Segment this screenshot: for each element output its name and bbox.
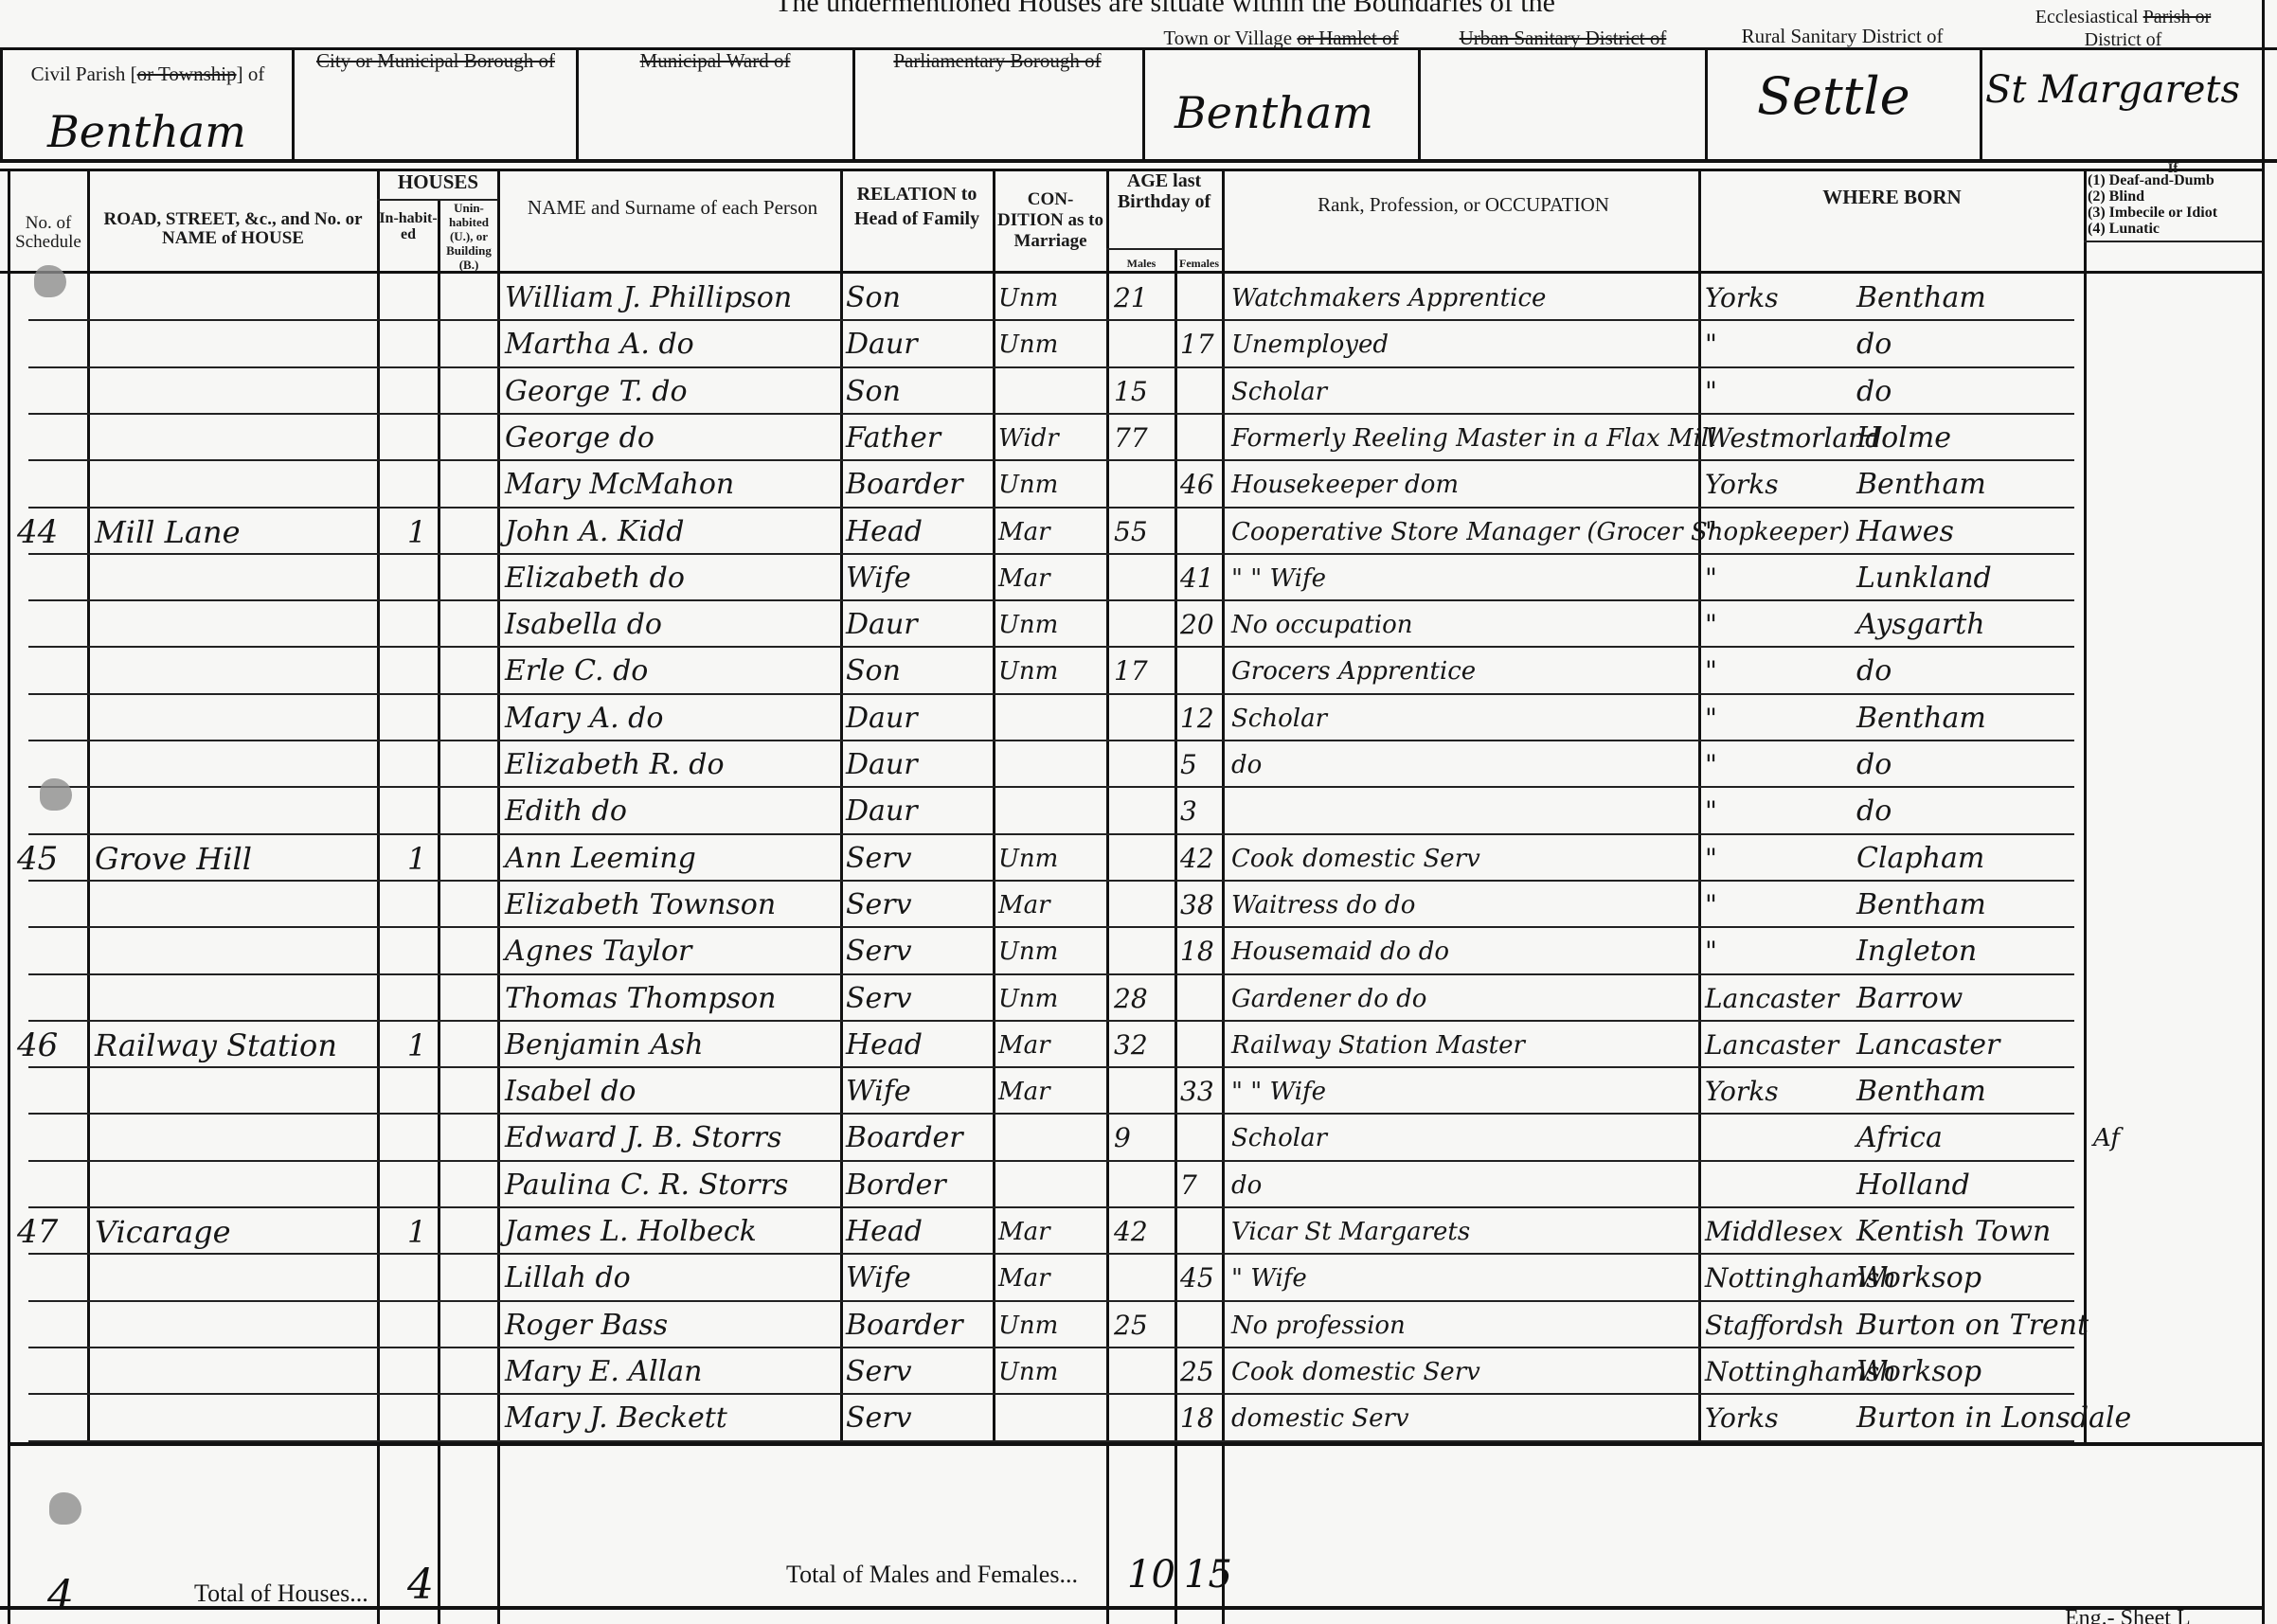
born-county: " <box>1705 518 1717 546</box>
relation-to-head: Wife <box>846 564 911 593</box>
col-line <box>497 169 500 1624</box>
occupation: Grocers Apprentice <box>1231 657 1476 686</box>
col-occupation: Rank, Profession, or OCCUPATION <box>1231 195 1695 214</box>
occupation: domestic Serv <box>1231 1404 1409 1433</box>
row-rule <box>28 1393 2074 1395</box>
relation-to-head: Serv <box>846 845 912 873</box>
row-rule <box>28 319 2074 321</box>
houses-inhabited: 1 <box>407 1218 426 1246</box>
infirmity-note: Af <box>2093 1124 2120 1152</box>
row-rule <box>28 1066 2074 1068</box>
person-name: Edward J. B. Storrs <box>505 1124 781 1152</box>
female-age: 18 <box>1180 937 1214 966</box>
infirmity-subrule <box>2084 241 2262 242</box>
born-place: Bentham <box>1856 891 1986 919</box>
marital-condition: Unm <box>998 330 1058 359</box>
totals-top-rule <box>8 1442 2262 1446</box>
row-rule <box>28 366 2074 368</box>
total-houses-label: Total of Houses... <box>194 1579 368 1608</box>
divider <box>1418 47 1421 161</box>
house-address: Grove Hill <box>95 845 252 873</box>
born-county: Yorks <box>1705 471 1779 499</box>
born-place: Bentham <box>1856 1078 1986 1106</box>
person-name: Agnes Taylor <box>505 937 691 966</box>
born-county: " <box>1705 611 1717 639</box>
col-females: Females <box>1176 254 1222 273</box>
relation-to-head: Son <box>846 284 901 312</box>
col-inhabited: In-habit-ed <box>379 210 438 242</box>
born-place: do <box>1856 797 1892 826</box>
divider <box>2262 0 2265 1624</box>
born-county: Middlesex <box>1705 1218 1843 1246</box>
person-name: George T. do <box>505 378 688 406</box>
person-name: Mary A. do <box>505 705 663 733</box>
person-name: Roger Bass <box>505 1312 668 1340</box>
row-rule <box>28 786 2074 788</box>
col-schedule: No. of Schedule <box>9 214 87 252</box>
male-age: 77 <box>1114 424 1148 453</box>
person-name: Thomas Thompson <box>505 985 776 1013</box>
schedule-number: 45 <box>17 845 58 873</box>
occupation: No occupation <box>1231 611 1413 639</box>
person-name: Mary McMahon <box>505 471 734 499</box>
born-place: Holme <box>1856 424 1951 453</box>
male-age: 17 <box>1114 657 1148 686</box>
born-place: do <box>1856 330 1892 359</box>
person-name: Paulina C. R. Storrs <box>505 1171 788 1200</box>
occupation: Housemaid do do <box>1231 937 1449 966</box>
born-place: do <box>1856 751 1892 779</box>
marital-condition: Mar <box>998 891 1050 919</box>
relation-to-head: Wife <box>846 1078 911 1106</box>
divider <box>1142 47 1145 161</box>
marital-condition: Widr <box>998 424 1059 453</box>
col-line <box>1698 169 1701 1442</box>
female-age: 12 <box>1180 705 1214 733</box>
age-subrule <box>1106 248 1222 250</box>
occupation: Unemployed <box>1231 330 1389 359</box>
marital-condition: Unm <box>998 937 1058 966</box>
born-place: Clapham <box>1856 845 1984 873</box>
civil-parish-label: Civil Parish [or Township] of <box>6 62 290 86</box>
person-name: George do <box>505 424 654 453</box>
born-county: " <box>1705 705 1717 733</box>
person-name: Elizabeth do <box>505 564 685 593</box>
relation-to-head: Son <box>846 378 901 406</box>
occupation: " " Wife <box>1231 1078 1326 1106</box>
person-name: Erle C. do <box>505 657 648 686</box>
born-place: Barrow <box>1856 985 1963 1013</box>
person-name: Ann Leeming <box>505 845 696 873</box>
row-rule <box>28 880 2074 882</box>
female-age: 25 <box>1180 1358 1214 1386</box>
relation-to-head: Daur <box>846 611 918 639</box>
female-age: 41 <box>1180 564 1214 593</box>
marital-condition: Unm <box>998 1358 1058 1386</box>
female-age: 45 <box>1180 1264 1214 1293</box>
parliamentary-borough-label: Parliamentary Borough of <box>860 49 1135 73</box>
marital-condition: Mar <box>998 1218 1050 1246</box>
relation-to-head: Daur <box>846 797 918 826</box>
born-place: Bentham <box>1856 705 1986 733</box>
col-males: Males <box>1108 254 1174 273</box>
civil-parish-value: Bentham <box>47 106 246 157</box>
infirmity-deaf-dumb: (1) Deaf-and-Dumb <box>2088 172 2262 188</box>
born-county: Yorks <box>1705 1078 1779 1106</box>
person-name: Elizabeth R. do <box>505 751 725 779</box>
relation-to-head: Serv <box>846 937 912 966</box>
born-place: Africa <box>1856 1124 1943 1152</box>
male-age: 28 <box>1114 985 1148 1013</box>
schedule-number: 47 <box>17 1218 58 1246</box>
born-place: Aysgarth <box>1856 611 1985 639</box>
born-county: Lancaster <box>1705 1031 1838 1060</box>
col-name: NAME and Surname of each Person <box>511 195 834 220</box>
born-county: " <box>1705 657 1717 686</box>
relation-to-head: Daur <box>846 330 918 359</box>
row-rule <box>28 1113 2074 1115</box>
person-name: John A. Kidd <box>505 518 684 546</box>
schedule-number: 44 <box>17 518 58 546</box>
col-line <box>840 169 843 1442</box>
born-county: " <box>1705 937 1717 966</box>
marital-condition: Mar <box>998 564 1050 593</box>
row-rule <box>28 1160 2074 1162</box>
marital-condition: Mar <box>998 1031 1050 1060</box>
relation-to-head: Wife <box>846 1264 911 1293</box>
marital-condition: Unm <box>998 845 1058 873</box>
relation-to-head: Head <box>846 1218 923 1246</box>
born-county: Yorks <box>1705 284 1779 312</box>
person-name: Martha A. do <box>505 330 694 359</box>
person-name: William J. Phillipson <box>505 284 792 312</box>
marital-condition: Unm <box>998 1312 1058 1340</box>
rural-sanitary-value: Settle <box>1757 66 1910 126</box>
marital-condition: Unm <box>998 284 1058 312</box>
occupation: Cook domestic Serv <box>1231 1358 1480 1386</box>
col-line <box>1222 169 1225 1624</box>
house-address: Vicarage <box>95 1218 231 1246</box>
born-place: Lancaster <box>1856 1031 1999 1060</box>
row-rule <box>28 1020 2074 1022</box>
occupation: Formerly Reeling Master in a Flax Mill <box>1231 424 1717 453</box>
occupation: Cook domestic Serv <box>1231 845 1480 873</box>
stain-mark <box>49 1492 81 1525</box>
relation-to-head: Son <box>846 657 901 686</box>
col-line <box>993 169 995 1442</box>
relation-to-head: Boarder <box>846 1312 963 1340</box>
marital-condition: Mar <box>998 1078 1050 1106</box>
col-condition: CON-DITION as to Marriage <box>996 189 1104 252</box>
row-rule <box>28 1300 2074 1302</box>
occupation: Cooperative Store Manager (Grocer Shopke… <box>1231 518 1850 546</box>
col-where-born: WHERE BORN <box>1705 187 2079 206</box>
male-age: 55 <box>1114 518 1148 546</box>
born-place: Kentish Town <box>1856 1218 2051 1246</box>
header-bottom-rule <box>0 159 2277 163</box>
born-county: " <box>1705 751 1717 779</box>
row-rule <box>28 1347 2074 1348</box>
col-line <box>1174 248 1177 1624</box>
relation-to-head: Boarder <box>846 1124 963 1152</box>
person-name: Edith do <box>505 797 627 826</box>
rural-sanitary-label: Rural Sanitary District of <box>1710 25 1975 48</box>
born-place: Burton in Lonsdale <box>1856 1404 2131 1433</box>
col-line <box>377 169 380 1624</box>
row-rule <box>28 599 2074 601</box>
born-place: do <box>1856 378 1892 406</box>
col-relation: RELATION to Head of Family <box>842 182 992 231</box>
row-rule <box>28 553 2074 555</box>
census-sheet: The undermentioned Houses are situate wi… <box>0 0 2277 1624</box>
relation-to-head: Serv <box>846 891 912 919</box>
occupation: do <box>1231 751 1262 779</box>
schedule-number: 46 <box>17 1031 58 1060</box>
relation-to-head: Serv <box>846 1358 912 1386</box>
occupation: Vicar St Margarets <box>1231 1218 1470 1246</box>
person-name: Mary E. Allan <box>505 1358 702 1386</box>
town-village-value: Bentham <box>1174 87 1373 138</box>
relation-to-head: Serv <box>846 1404 912 1433</box>
occupation: Scholar <box>1231 378 1327 406</box>
born-place: Burton on Trent <box>1856 1312 2089 1340</box>
female-age: 17 <box>1180 330 1214 359</box>
male-age: 9 <box>1114 1124 1131 1152</box>
divider <box>1705 47 1708 161</box>
relation-to-head: Serv <box>846 985 912 1013</box>
occupation: " Wife <box>1231 1264 1307 1293</box>
stain-mark <box>34 265 66 297</box>
born-place: Holland <box>1856 1171 1970 1200</box>
born-place: Bentham <box>1856 471 1986 499</box>
relation-to-head: Border <box>846 1171 946 1200</box>
occupation: Housekeeper dom <box>1231 471 1459 499</box>
male-age: 42 <box>1114 1218 1148 1246</box>
municipal-ward-label: Municipal Ward of <box>583 49 848 73</box>
house-address: Railway Station <box>95 1031 337 1060</box>
divider <box>292 47 295 161</box>
row-rule <box>28 459 2074 461</box>
row-rule <box>28 1206 2074 1208</box>
female-age: 7 <box>1180 1171 1197 1200</box>
born-county: " <box>1705 891 1717 919</box>
person-name: Mary J. Beckett <box>505 1404 727 1433</box>
total-females: 15 <box>1184 1553 1232 1597</box>
divider <box>576 47 579 161</box>
born-county: Lancaster <box>1705 985 1838 1013</box>
houses-inhabited: 1 <box>407 518 426 546</box>
relation-to-head: Boarder <box>846 471 963 499</box>
houses-inhabited: 1 <box>407 1031 426 1060</box>
total-persons-label: Total of Males and Females... <box>786 1561 1078 1589</box>
col-line <box>2084 169 2087 1442</box>
total-schedules: 4 <box>47 1572 74 1620</box>
occupation: Scholar <box>1231 1124 1327 1152</box>
marital-condition: Unm <box>998 985 1058 1013</box>
female-age: 46 <box>1180 471 1214 499</box>
female-age: 5 <box>1180 751 1197 779</box>
female-age: 42 <box>1180 845 1214 873</box>
relation-to-head: Head <box>846 518 923 546</box>
born-place: do <box>1856 657 1892 686</box>
town-village-label: Town or Village or Hamlet of <box>1146 27 1416 50</box>
col-uninhabited: Unin-habited (U.), or Building (B.) <box>439 201 498 272</box>
row-rule <box>28 926 2074 928</box>
sheet-label: Eng.- Sheet L <box>2065 1606 2191 1624</box>
col-line <box>87 169 90 1442</box>
row-rule <box>28 1253 2074 1255</box>
female-age: 33 <box>1180 1078 1214 1106</box>
col-line <box>8 169 10 1624</box>
born-place: Hawes <box>1856 518 1954 546</box>
occupation: No profession <box>1231 1312 1406 1340</box>
born-county: " <box>1705 330 1717 359</box>
stain-mark <box>40 778 72 811</box>
person-name: Isabel do <box>505 1078 636 1106</box>
marital-condition: Mar <box>998 1264 1050 1293</box>
marital-condition: Unm <box>998 611 1058 639</box>
divider <box>1980 47 1982 161</box>
row-rule <box>28 413 2074 415</box>
female-age: 18 <box>1180 1404 1214 1433</box>
col-line <box>1106 169 1109 1624</box>
infirmity-imbecile: (3) Imbecile or Idiot <box>2088 205 2262 221</box>
col-infirmity-list: (1) Deaf-and-Dumb (2) Blind (3) Imbecile… <box>2088 172 2262 237</box>
person-name: Lillah do <box>505 1264 631 1293</box>
total-houses: 4 <box>407 1561 434 1609</box>
occupation: Waitress do do <box>1231 891 1415 919</box>
born-county: " <box>1705 564 1717 593</box>
born-county: " <box>1705 845 1717 873</box>
born-county: Staffordsh <box>1705 1312 1845 1340</box>
female-age: 3 <box>1180 797 1197 826</box>
male-age: 21 <box>1114 284 1148 312</box>
relation-to-head: Head <box>846 1031 923 1060</box>
born-place: Lunkland <box>1856 564 1992 593</box>
row-rule <box>28 507 2074 509</box>
person-name: Isabella do <box>505 611 662 639</box>
female-age: 20 <box>1180 611 1214 639</box>
marital-condition: Unm <box>998 471 1058 499</box>
row-rule <box>28 646 2074 648</box>
relation-to-head: Daur <box>846 705 918 733</box>
male-age: 32 <box>1114 1031 1148 1060</box>
house-address: Mill Lane <box>95 518 241 546</box>
houses-inhabited: 1 <box>407 845 426 873</box>
occupation: Watchmakers Apprentice <box>1231 284 1546 312</box>
male-age: 25 <box>1114 1312 1148 1340</box>
born-county: " <box>1705 797 1717 826</box>
divider <box>0 47 3 161</box>
urban-sanitary-label: Urban Sanitary District of <box>1425 27 1700 50</box>
born-county: Yorks <box>1705 1404 1779 1433</box>
occupation: Gardener do do <box>1231 985 1426 1013</box>
occupation: do <box>1231 1171 1262 1200</box>
born-county: " <box>1705 378 1717 406</box>
row-rule <box>28 973 2074 975</box>
relation-to-head: Daur <box>846 751 918 779</box>
marital-condition: Unm <box>998 657 1058 686</box>
male-age: 15 <box>1114 378 1148 406</box>
occupation: Scholar <box>1231 705 1327 733</box>
infirmity-blind: (2) Blind <box>2088 188 2262 205</box>
ecclesiastical-label: Ecclesiastical Parish orDistrict of <box>1983 6 2263 51</box>
row-rule <box>28 693 2074 695</box>
born-place: Ingleton <box>1856 937 1977 966</box>
ecclesiastical-value: St Margarets <box>1985 68 2240 112</box>
person-name: Benjamin Ash <box>505 1031 704 1060</box>
female-age: 38 <box>1180 891 1214 919</box>
occupation: Railway Station Master <box>1231 1031 1525 1060</box>
municipal-borough-label: City or Municipal Borough of <box>303 49 568 73</box>
born-place: Bentham <box>1856 284 1986 312</box>
banner-text: The undermentioned Houses are situate wi… <box>739 0 1591 19</box>
born-place: Worksop <box>1856 1264 1981 1293</box>
row-rule <box>28 833 2074 835</box>
person-name: James L. Holbeck <box>505 1218 757 1246</box>
row-rule <box>28 740 2074 741</box>
occupation: " " Wife <box>1231 564 1326 593</box>
infirmity-lunatic: (4) Lunatic <box>2088 221 2262 237</box>
relation-to-head: Father <box>846 424 941 453</box>
person-name: Elizabeth Townson <box>505 891 776 919</box>
col-age: AGE last Birthday of <box>1108 170 1220 212</box>
col-houses: HOUSES <box>379 172 497 191</box>
col-road: ROAD, STREET, &c., and No. or NAME of HO… <box>91 210 375 248</box>
divider <box>852 47 855 161</box>
total-males: 10 <box>1127 1553 1175 1597</box>
born-place: Worksop <box>1856 1358 1981 1386</box>
marital-condition: Mar <box>998 518 1050 546</box>
